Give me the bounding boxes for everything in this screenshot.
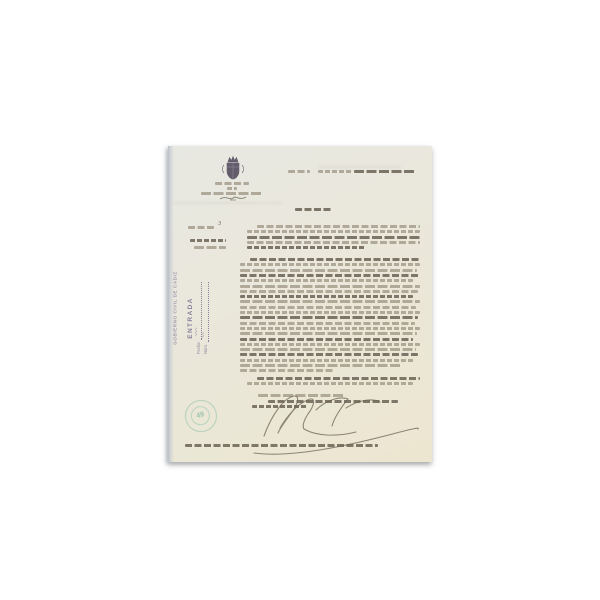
round-green-stamp-inner-ring: 49 — [189, 404, 212, 427]
illegible-typewritten-line — [240, 343, 420, 346]
illegible-typewritten-line — [240, 300, 420, 303]
illegible-typewritten-line — [252, 405, 308, 408]
margin-handwritten-number: 3 — [218, 221, 221, 227]
illegible-typewritten-line — [240, 364, 402, 367]
illegible-typewritten-line — [240, 306, 416, 309]
illegible-typewritten-line — [247, 246, 365, 249]
illegible-typewritten-line — [227, 187, 237, 190]
illegible-typewritten-line — [240, 369, 334, 372]
illegible-typewritten-line — [257, 377, 420, 380]
illegible-typewritten-line — [250, 258, 420, 261]
illegible-typewritten-line — [240, 274, 420, 277]
government-office-edge-stamp: GOBIERNO CIVIL DE CADIZ — [169, 265, 180, 351]
round-green-stamp-number: 49 — [196, 411, 205, 420]
illegible-typewritten-line — [240, 359, 415, 362]
illegible-typewritten-line — [247, 382, 413, 385]
paper-crease — [174, 202, 282, 204]
illegible-typewritten-line — [240, 285, 420, 288]
illegible-typewritten-line — [240, 295, 413, 298]
illegible-typewritten-line — [240, 338, 413, 341]
entrada-number-handwriting: ~~ — [201, 332, 208, 338]
letter-page: 3 ENTRADA Fecha ~~~ Núm. ~~ GOBIERNO CIV… — [168, 146, 432, 462]
illegible-typewritten-line — [240, 269, 417, 272]
entrada-stamp-title: ENTRADA — [187, 279, 195, 357]
illegible-typewritten-line — [215, 182, 249, 185]
entrada-date-handwriting: ~~~ — [194, 328, 201, 337]
illegible-typewritten-line — [295, 208, 331, 211]
illegible-typewritten-line — [240, 322, 415, 325]
illegible-typewritten-line — [194, 246, 226, 249]
illegible-typewritten-line — [247, 236, 420, 239]
illegible-typewritten-line — [247, 230, 420, 233]
government-office-edge-text: GOBIERNO CIVIL DE CADIZ — [172, 265, 177, 351]
illegible-typewritten-line — [258, 394, 344, 397]
illegible-typewritten-line — [185, 444, 378, 447]
entrada-date-label: Fecha — [195, 342, 202, 354]
illegible-typewritten-line — [188, 226, 214, 229]
illegible-typewritten-line — [354, 170, 416, 173]
entrada-stamp: ENTRADA Fecha ~~~ Núm. ~~ — [187, 279, 217, 357]
entrada-number-label: Núm. — [202, 344, 209, 354]
illegible-typewritten-line — [318, 170, 352, 173]
illegible-typewritten-line — [240, 353, 418, 356]
illegible-typewritten-line — [240, 311, 420, 314]
coat-of-arms-crest-icon — [221, 155, 245, 183]
flourish-ornament-icon — [219, 195, 247, 202]
round-green-stamp: 49 — [182, 397, 221, 436]
illegible-typewritten-line — [268, 400, 398, 403]
screenshot-root: { "meta": { "description": "Scanned type… — [0, 0, 600, 600]
illegible-typewritten-line — [240, 263, 420, 266]
illegible-typewritten-line — [257, 225, 420, 228]
illegible-typewritten-line — [240, 327, 420, 330]
illegible-typewritten-line — [240, 290, 418, 293]
illegible-typewritten-line — [190, 239, 226, 242]
illegible-typewritten-line — [288, 170, 310, 173]
illegible-typewritten-line — [240, 332, 417, 335]
paper-crease — [318, 166, 400, 168]
illegible-typewritten-line — [247, 241, 420, 244]
illegible-typewritten-line — [240, 279, 415, 282]
illegible-typewritten-line — [240, 316, 418, 319]
entrada-number-rule: ~~ — [202, 282, 209, 342]
illegible-typewritten-line — [240, 348, 416, 351]
